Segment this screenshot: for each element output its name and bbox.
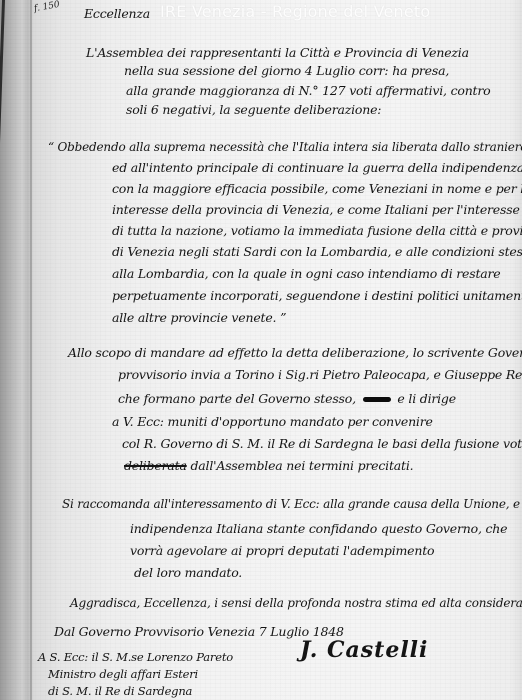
resolution-line: interesse della provincia di Venezia, e … <box>112 202 520 217</box>
mission-line: provvisorio invia a Torino i Sig.ri Piet… <box>118 367 522 382</box>
resolution-line: con la maggiore efficacia possibile, com… <box>112 181 522 196</box>
page-gutter-edge <box>30 0 32 700</box>
resolution-line: alla Lombardia, con la quale in ogni cas… <box>112 266 501 281</box>
addressee-line: Ministro degli affari Esteri <box>48 667 198 681</box>
mission-line-3-start: che formano parte del Governo stesso, <box>118 391 356 406</box>
resolution-line: perpetuamente incorporati, seguendone i … <box>112 288 522 303</box>
appeal-line: vorrà agevolare ai propri deputati l'ade… <box>130 543 434 558</box>
mission-line-3-end: e li dirige <box>397 391 456 406</box>
mission-line-3: che formano parte del Governo stesso, e … <box>118 391 456 406</box>
resolution-line: ed all'intento principale di continuare … <box>112 160 522 175</box>
mission-line-6-end: dall'Assemblea nei termini precitati. <box>190 458 413 473</box>
signature: J. Castelli <box>300 637 428 663</box>
addressee-line: A S. Ecc: il S. M.se Lorenzo Pareto <box>38 650 233 664</box>
intro-line: L'Assemblea dei rappresentanti la Città … <box>86 45 469 60</box>
struck-word: deliberata <box>124 458 187 473</box>
resolution-line: di Venezia negli stati Sardi con la Lomb… <box>112 244 522 259</box>
intro-line: nella sua sessione del giorno 4 Luglio c… <box>124 63 449 78</box>
appeal-line: indipendenza Italiana stante confidando … <box>130 521 507 536</box>
redacted-word <box>363 397 391 402</box>
resolution-line: di tutta la nazione, votiamo la immediat… <box>112 223 522 238</box>
mission-line: a V. Ecc: muniti d'opportuno mandato per… <box>112 414 433 429</box>
intro-line: alla grande maggioranza di N.° 127 voti … <box>126 83 490 98</box>
closing-line: Aggradisca, Eccellenza, i sensi della pr… <box>70 596 522 610</box>
intro-line: soli 6 negativi, la seguente deliberazio… <box>126 102 381 117</box>
appeal-line: del loro mandato. <box>134 565 242 580</box>
mission-line: Allo scopo di mandare ad effetto la dett… <box>68 345 522 360</box>
resolution-line: “ Obbedendo alla suprema necessità che l… <box>48 140 522 154</box>
scanned-document-page: f. 150 IRE Venezia - Regione del Veneto … <box>0 0 522 700</box>
watermark: IRE Venezia - Regione del Veneto <box>160 2 430 21</box>
salutation: Eccellenza <box>84 6 150 21</box>
appeal-line: Si raccomanda all'interessamento di V. E… <box>62 497 522 511</box>
resolution-line: alle altre provincie venete. ” <box>112 310 286 325</box>
mission-line: col R. Governo di S. M. il Re di Sardegn… <box>122 436 522 451</box>
mission-line-6: deliberata dall'Assemblea nei termini pr… <box>124 458 413 473</box>
addressee-line: di S. M. il Re di Sardegna <box>48 684 192 698</box>
